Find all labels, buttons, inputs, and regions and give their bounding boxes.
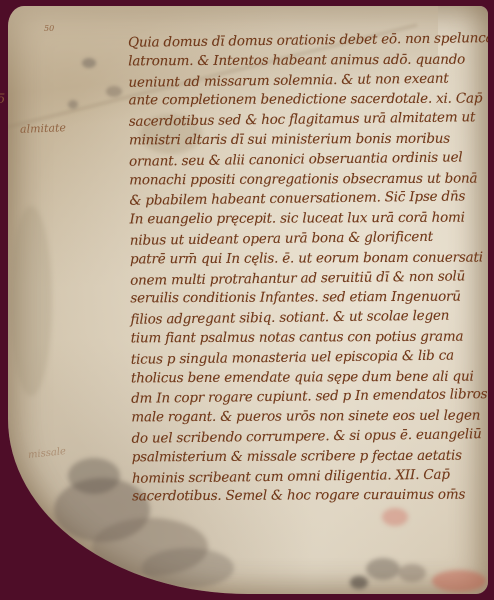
edge-mark: 5: [0, 92, 5, 107]
parchment-stain: [106, 86, 122, 97]
text-line: latronum. & Intentos habeant animus adō.…: [128, 50, 488, 72]
text-line: sacerdotibus. Semel & hoc rogare curauim…: [132, 486, 488, 508]
manuscript-page: 50 almitate missale Quia domus dī domus …: [8, 6, 488, 594]
photo-mat: 50 almitate missale Quia domus dī domus …: [0, 0, 494, 600]
parchment-stain: [382, 508, 408, 526]
text-line: patrē urm̄ qui In cęlis. ē. ut eorum bon…: [130, 248, 488, 270]
text-line: psalmisterium & missale scribere p fecta…: [132, 446, 488, 468]
parchment-stain: [82, 58, 96, 68]
folio-mark: 50: [44, 24, 54, 33]
parchment-stain: [68, 100, 78, 109]
parchment-stain: [68, 458, 120, 494]
text-line: ornant. seu & alii canonici obseruantia …: [129, 148, 488, 173]
parchment-stain: [432, 570, 486, 592]
parchment-stain: [398, 564, 426, 582]
text-line: ticus p singula monasteria uel episcopia…: [131, 346, 488, 371]
parchment-stain: [366, 558, 400, 580]
parchment-stain: [350, 576, 368, 589]
parchment-stain: [10, 206, 52, 396]
manuscript-text-block: Quia domus dī domus orationis debet eō. …: [128, 30, 488, 508]
parchment-stain: [142, 548, 234, 588]
margin-note-almitate: almitate: [20, 121, 66, 136]
margin-note-missale: missale: [28, 446, 67, 461]
